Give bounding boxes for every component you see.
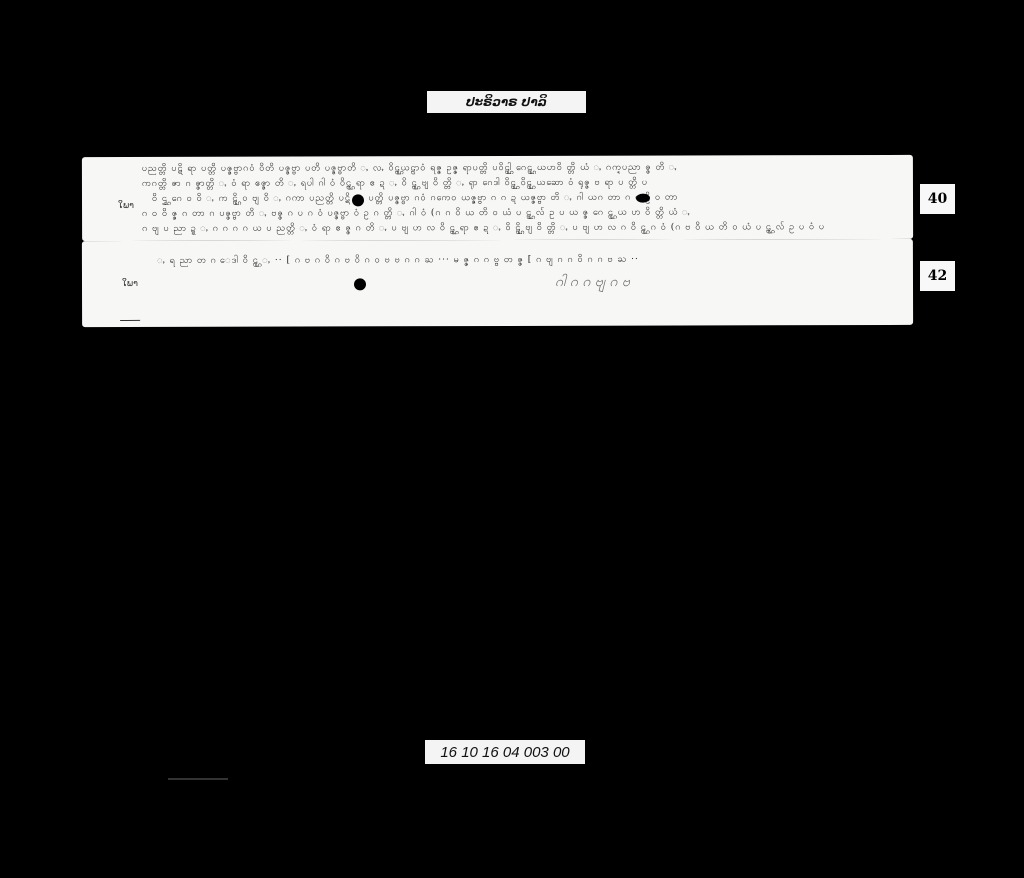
page-number-label: 42: [920, 261, 955, 291]
binding-hole: [636, 194, 650, 203]
collection-title-label: ປະຣິວາຣ ປາລິ: [427, 91, 586, 113]
margin-mark: ໃພາ: [122, 279, 138, 289]
text-line: ဝိ ဌ္ဌ ဂေ ဝ ဝိ ႇ ဂာ ဠ္ဌိ ဝ ဗျ ဝိ ႇ ဂကာ ပ…: [152, 192, 678, 206]
text-line: ဂ ဝ ဝိ ဇ္ဇ ဂ တာ ဂ ပဇ္ဇဗ္ဗာ တိ ႇ ဗဇ္ဇ ဂ ပ…: [142, 206, 691, 220]
catalog-id-label: 16 10 16 04 003 00: [425, 740, 585, 764]
text-line: ပညတ္တိ ပဋိ ရာ ပတ္တိ ပဇ္ဇဗ္ဗာဂဝံ ဝိတိ ပဇ္…: [142, 162, 678, 176]
divider: [120, 320, 140, 321]
binding-hole: [354, 278, 366, 290]
scan-artifact: [168, 778, 228, 780]
text-line: ႇ ရ ညာ တ ဂ ေဒါ ဝိ ဠ္ဌ ႇ ·· [ ဂ ဗ ဂ ဝိ ဂ …: [157, 254, 639, 268]
palm-leaf-page-40: ໃພາ ပညတ္တိ ပဋိ ရာ ပတ္တိ ပဇ္ဇဗ္ဗာဂဝံ ဝိတိ…: [82, 155, 913, 241]
binding-hole: [352, 194, 364, 206]
page-number-label: 40: [920, 184, 955, 214]
margin-mark: ໃພາ: [118, 201, 134, 211]
palm-leaf-page-42: ໃພາ ႇ ရ ညာ တ ဂ ေဒါ ဝိ ဠ္ဌ ႇ ·· [ ဂ ဗ ဂ ဝ…: [82, 239, 913, 327]
text-line: ဂ ဗျ ပ ညာ ဍ္ဍ ႇ ဂ ဂ ဂ ဂ ယ ပ ညတ္တိ ႇ ဝံ ရ…: [142, 221, 825, 236]
text-line: ဂာဂတ္တိ ဇာ ဂ ဇ္ဇာတ္တိ ႇ ဝံ ရာ ဧဇ္ဇာ တိ ႇ…: [142, 177, 648, 191]
handwritten-annotation: ဂါ ဂ ဂ ဗျ ဂ ဗ: [555, 272, 630, 293]
